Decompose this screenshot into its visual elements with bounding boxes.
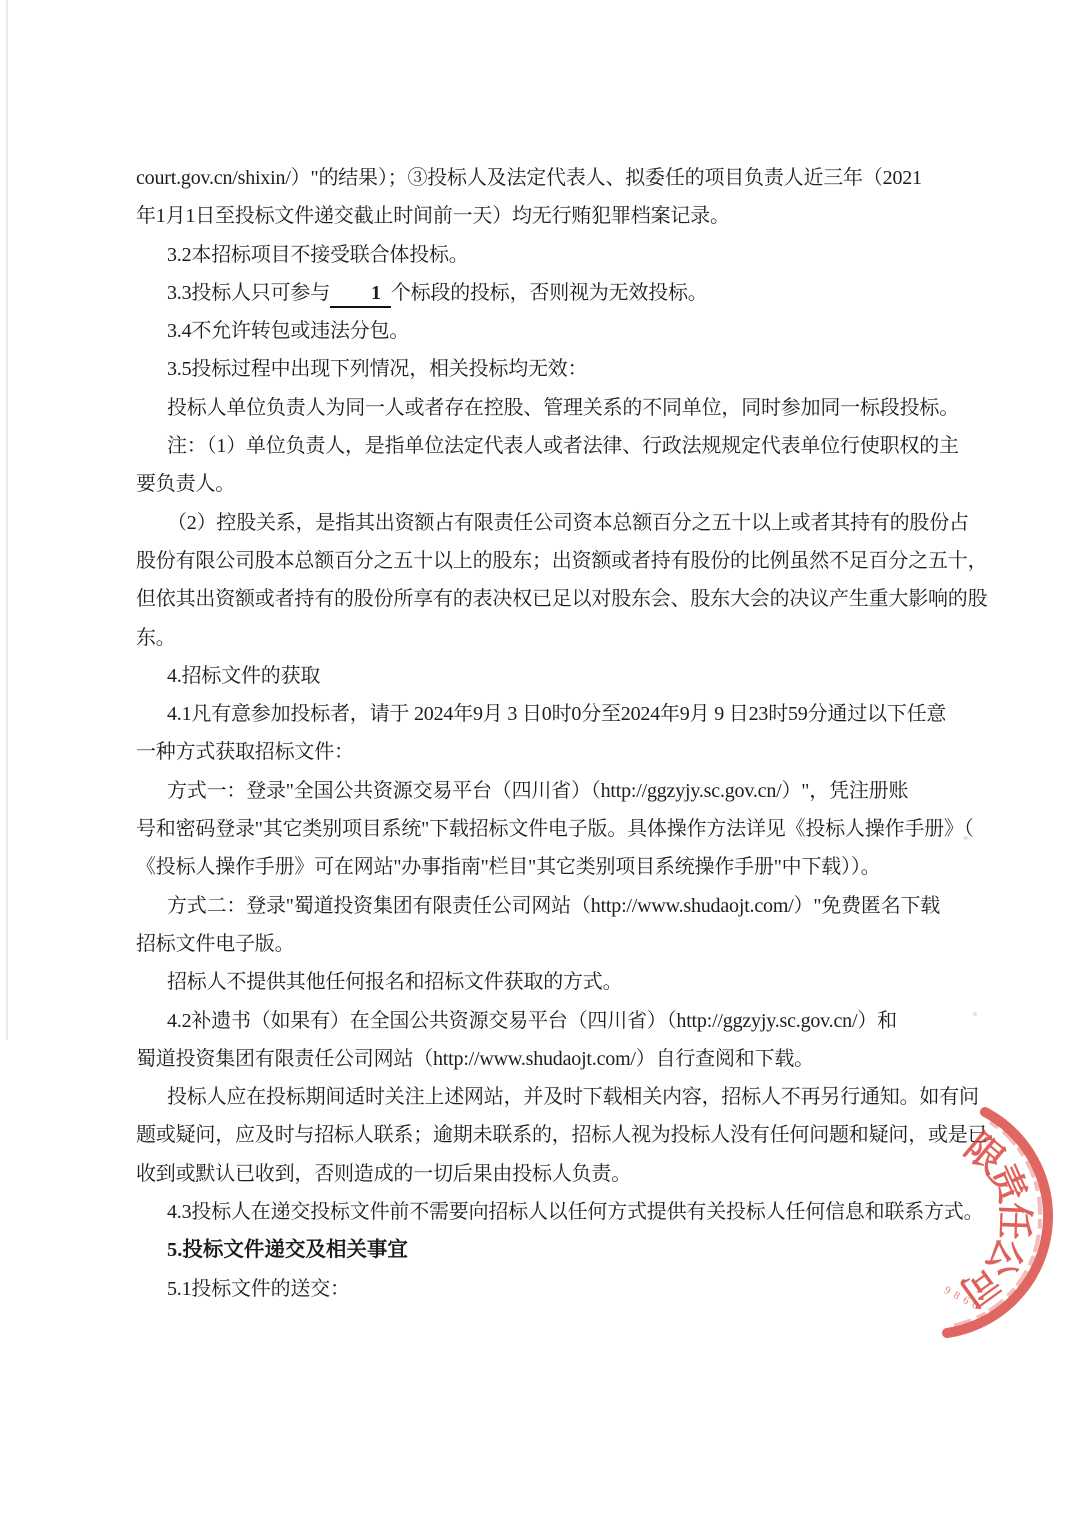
- text-line: 方式二：登录"蜀道投资集团有限责任公司网站（http://www.shudaoj…: [136, 887, 954, 925]
- text-line: 题或疑问，应及时与招标人联系；逾期未联系的，招标人视为投标人没有任何问题和疑问，…: [136, 1116, 954, 1154]
- text-line: （2）控股关系，是指其出资额占有限责任公司资本总额百分之五十以上或者其持有的股份…: [136, 504, 954, 542]
- text-line: 3.5投标过程中出现下列情况，相关投标均无效：: [136, 350, 954, 388]
- scan-edge-artifact: [6, 0, 8, 1040]
- text-line: 招标人不提供其他任何报名和招标文件获取的方式。: [136, 963, 954, 1001]
- text-line: 5.1投标文件的送交：: [136, 1270, 954, 1308]
- text-line: 要负责人。: [136, 465, 954, 503]
- text-line: 投标人应在投标期间适时关注上述网站，并及时下载相关内容，招标人不再另行通知。如有…: [136, 1078, 954, 1116]
- text-line: 号和密码登录"其它类别项目系统"下载招标文件电子版。具体操作方法详见《投标人操作…: [136, 810, 954, 848]
- text-line: 但依其出资额或者持有的股份所享有的表决权已足以对股东会、股东大会的决议产生重大影…: [136, 580, 954, 618]
- text-line: 3.2本招标项目不接受联合体投标。: [136, 236, 954, 274]
- seal-char: 司: [952, 1258, 1007, 1314]
- section-heading-4: 4.招标文件的获取: [136, 657, 954, 695]
- body-text: court.gov.cn/shixin/）"的结果）；③投标人及法定代表人、拟委…: [136, 159, 954, 1308]
- lot-count-value: 1: [330, 281, 391, 308]
- text-line: 蜀道投资集团有限责任公司网站（http://www.shudaojt.com/）…: [136, 1040, 954, 1078]
- section-heading-5: 5.投标文件递交及相关事宜: [136, 1231, 954, 1269]
- seal-char: 责: [980, 1158, 1034, 1211]
- text-line: 一种方式获取招标文件：: [136, 733, 954, 771]
- text-line: 股份有限公司股本总额百分之五十以上的股东；出资额或者持有股份的比例虽然不足百分之…: [136, 542, 954, 580]
- text-line: court.gov.cn/shixin/）"的结果）；③投标人及法定代表人、拟委…: [136, 159, 954, 197]
- seal-char: 公: [977, 1231, 1031, 1283]
- lot-count-prefix: 3.3投标人只可参与: [167, 282, 330, 304]
- text-line-lot-count: 3.3投标人只可参与1个标段的投标，否则视为无效投标。: [136, 274, 954, 312]
- scan-speck: [973, 1012, 977, 1016]
- text-line: 《投标人操作手册》可在网站"办事指南"栏目"其它类别项目系统操作手册"中下载））…: [136, 848, 954, 886]
- text-line: 3.4不允许转包或违法分包。: [136, 312, 954, 350]
- text-line: 招标文件电子版。: [136, 925, 954, 963]
- text-line: 投标人单位负责人为同一人或者存在控股、管理关系的不同单位，同时参加同一标段投标。: [136, 389, 954, 427]
- lot-count-suffix: 个标段的投标，否则视为无效投标。: [391, 282, 708, 304]
- document-page: court.gov.cn/shixin/）"的结果）；③投标人及法定代表人、拟委…: [0, 0, 1080, 1527]
- text-line: 年1月1日至投标文件递交截止时间前一天）均无行贿犯罪档案记录。: [136, 197, 954, 235]
- seal-char: 任: [992, 1202, 1035, 1240]
- text-line: 注：（1）单位负责人，是指单位法定代表人或者法律、行政法规规定代表单位行使职权的…: [136, 427, 954, 465]
- text-line: 方式一：登录"全国公共资源交易平台（四川省）（http://ggzyjy.sc.…: [136, 772, 954, 810]
- text-line: 4.1凡有意参加投标者，请于 2024年9月 3 日0时0分至2024年9月 9…: [136, 695, 954, 733]
- text-line: 4.3投标人在递交投标文件前不需要向招标人以任何方式提供有关投标人任何信息和联系…: [136, 1193, 954, 1231]
- text-line: 收到或默认已收到，否则造成的一切后果由投标人负责。: [136, 1155, 954, 1193]
- text-line: 东。: [136, 619, 954, 657]
- text-line: 4.2补遗书（如果有）在全国公共资源交易平台（四川省）（http://ggzyj…: [136, 1002, 954, 1040]
